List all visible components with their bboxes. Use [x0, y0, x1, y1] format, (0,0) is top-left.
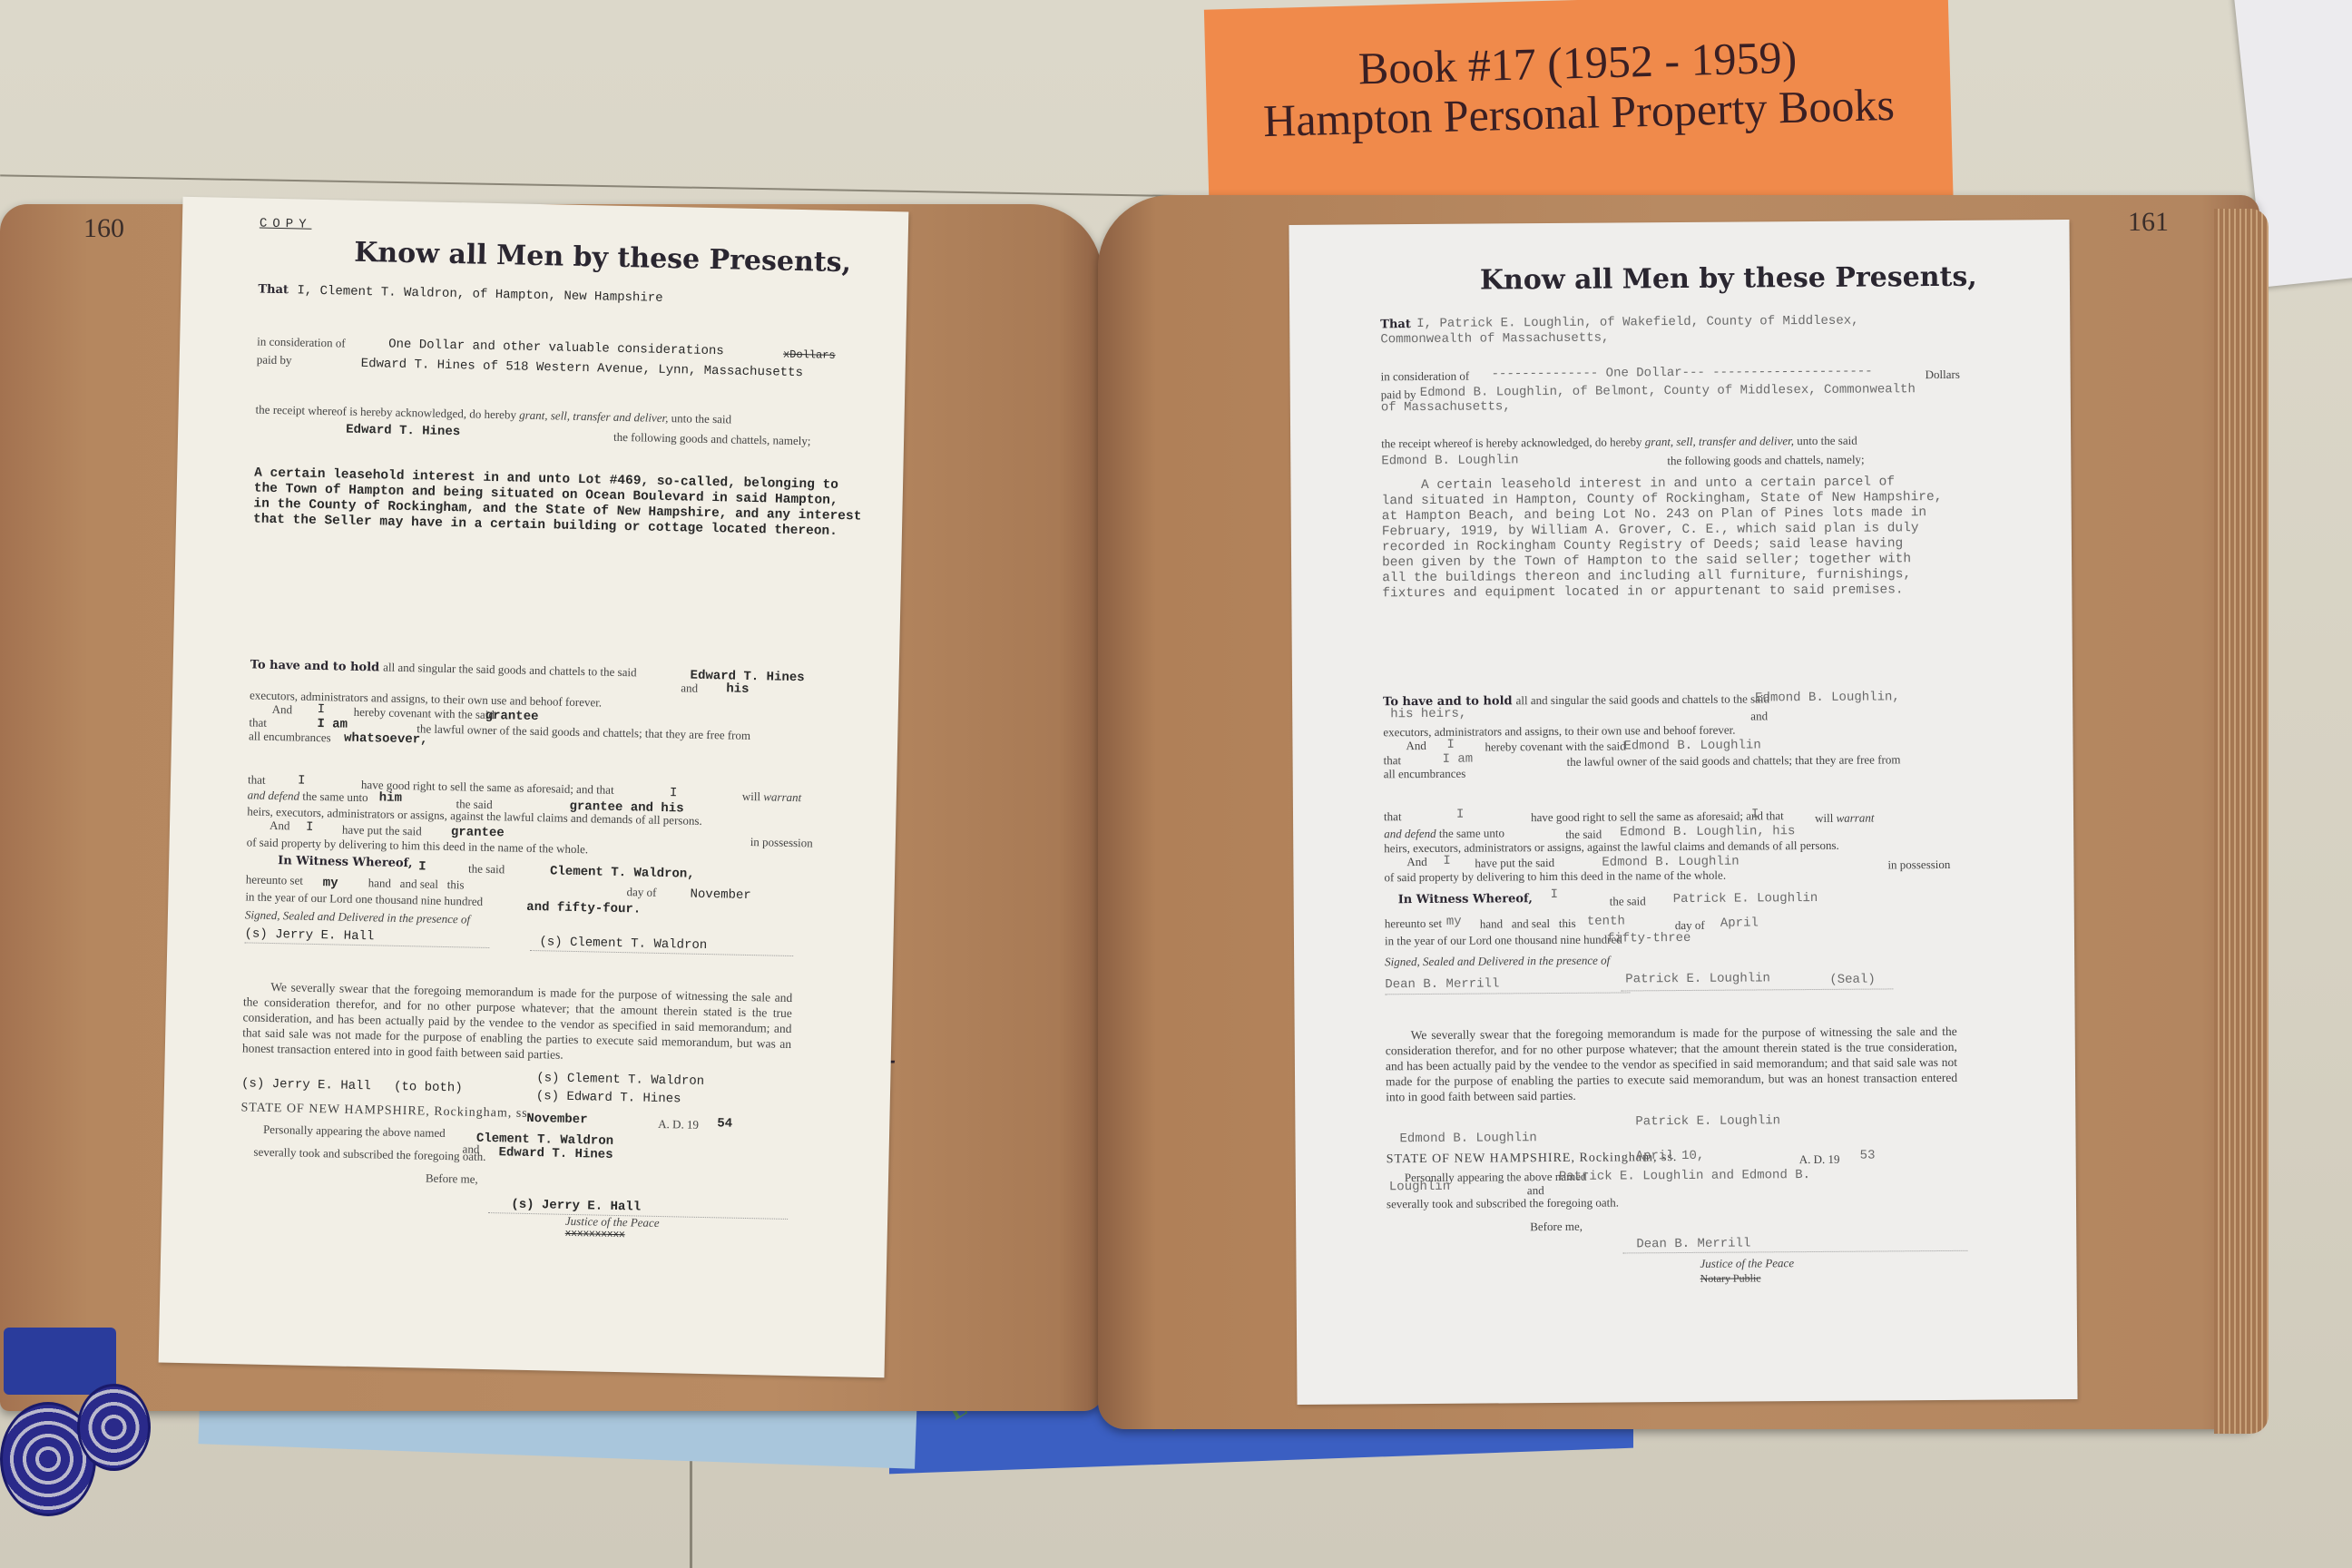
covenant-with-field: grantee — [485, 709, 538, 724]
to-have-line: To have and to hold all and singular the… — [250, 656, 637, 681]
bill-of-sale-left: COPY Know all Men by these Presents, Tha… — [159, 197, 909, 1377]
witness-name-field: Patrick E. Loughlin — [1673, 891, 1818, 906]
covenant-with-field: Edmond B. Loughlin — [1623, 738, 1760, 753]
oath-text: We severally swear that the foregoing me… — [242, 978, 793, 1067]
will-label: will — [742, 789, 761, 803]
defend-text: and defend the same unto — [248, 788, 368, 805]
put-said-field: grantee — [451, 825, 505, 840]
oath-buyer-signature: (s) Edward T. Hines — [536, 1089, 681, 1106]
year-of-lord-text: in the year of our Lord one thousand nin… — [245, 889, 483, 908]
decorative-tag-icon — [77, 1384, 151, 1471]
witness-i-field: I — [1551, 887, 1559, 902]
year-field: and fifty-four. — [526, 900, 641, 917]
in-witness-label: In Witness Whereof, — [1398, 892, 1533, 906]
consideration-label: in consideration of — [257, 335, 346, 351]
state-year-field: 54 — [717, 1116, 732, 1131]
consideration-field: One Dollar and other valuable considerat… — [388, 338, 724, 359]
severally-text: severally took and subscribed the forego… — [253, 1145, 485, 1164]
grantee-field: Edward T. Hines — [346, 423, 460, 440]
encumbrances-label: all encumbrances — [249, 729, 331, 745]
notary-struck: xxxxxxxxxx — [565, 1229, 625, 1240]
lawful-owner-text: the lawful owner of the said goods and c… — [1567, 752, 1901, 769]
appearing-name-2: Edward T. Hines — [498, 1145, 612, 1162]
set-my-field: my — [323, 876, 338, 890]
in-possession-label: in possession — [750, 835, 813, 850]
appearing-names: Patrick E. Loughlin and Edmond B. — [1559, 1168, 1810, 1184]
hold-his-field: his — [726, 681, 750, 697]
and-label: And — [269, 818, 290, 833]
signed-sealed-text: Signed, Sealed and Delivered in the pres… — [245, 907, 470, 926]
consideration-label: in consideration of — [1381, 369, 1470, 385]
witness-name-field: Clement T. Waldron, — [550, 864, 695, 881]
in-possession-label: in possession — [1887, 857, 1950, 872]
hereunto-set-label: hereunto set — [246, 872, 303, 887]
covenantor-field: I — [318, 702, 326, 717]
will-label: will — [1815, 811, 1833, 825]
signature-line — [1385, 992, 1630, 995]
year-of-lord-text: in the year of our Lord one thousand nin… — [1385, 932, 1622, 948]
defend-text: and defend the same unto — [1384, 826, 1504, 841]
that-label: that — [249, 715, 267, 730]
oath-buyer-signature: Edmond B. Loughlin — [1399, 1131, 1536, 1146]
in-witness-label: In Witness Whereof, — [278, 854, 413, 870]
hold-heirs-field: his heirs, — [1390, 707, 1466, 722]
to-have-rest: all and singular the said goods and chat… — [383, 661, 637, 680]
will-warrant: will warrant — [1815, 811, 1875, 826]
witness-signature: (s) Jerry E. Hall — [244, 926, 374, 944]
and-label: And — [272, 702, 293, 717]
receipt-text: the receipt whereof is hereby acknowledg… — [255, 402, 731, 426]
day-field: tenth — [1587, 914, 1625, 928]
seal-mark: (Seal) — [1829, 973, 1876, 987]
grantor-field: I, Clement T. Waldron, of Hampton, New H… — [297, 283, 663, 305]
that-label: That — [258, 283, 289, 298]
grantor-continued: Commonwealth of Massachusetts, — [1380, 331, 1609, 348]
covenantor-field: I — [1446, 738, 1455, 752]
before-me-label: Before me, — [426, 1171, 478, 1187]
delivering-text: of said property by delivering to him th… — [1384, 868, 1726, 886]
justice-label: Justice of the Peace — [1700, 1256, 1794, 1271]
oath-seller-signature: (s) Clement T. Waldron — [536, 1071, 704, 1089]
month-field: November — [690, 887, 751, 903]
same-unto: the same unto — [1439, 826, 1504, 840]
hold-to-field: Edmond B. Loughlin, — [1755, 690, 1900, 705]
seller-signature: Patrick E. Loughlin — [1625, 971, 1770, 986]
struck-dollars: xDollars — [783, 348, 836, 362]
payer-field: Edward T. Hines of 518 Western Avenue, L… — [361, 357, 804, 380]
that-label: That — [1380, 318, 1411, 331]
will-warrant: will warrant — [742, 789, 802, 805]
consideration-field: -------------- One Dollar--- -----------… — [1492, 365, 1873, 382]
same-unto: the same unto — [302, 789, 368, 805]
property-description: A certain leasehold interest in and unto… — [1381, 475, 1943, 602]
that-i-field: I — [1456, 808, 1465, 822]
receipt-italic: grant, sell, transfer and deliver, — [1645, 434, 1794, 448]
appearing-continued: Loughlin — [1389, 1180, 1450, 1194]
hereunto-set-label: hereunto set — [1385, 916, 1442, 931]
and-label: And — [1406, 855, 1427, 869]
encumbrances-label: all encumbrances — [1384, 767, 1466, 782]
covenant-label: hereby covenant with the said — [354, 705, 495, 722]
dollars-label: Dollars — [1926, 367, 1960, 382]
page-number-right: 161 — [2128, 207, 2169, 238]
page-number-left: 160 — [83, 213, 124, 244]
and-defend: and defend — [1384, 827, 1436, 840]
property-description: A certain leasehold interest in and unto… — [253, 465, 862, 540]
put-i-field: I — [1443, 854, 1451, 868]
warrant-label: warrant — [1836, 811, 1874, 825]
year-field: fifty-three — [1607, 931, 1691, 946]
encumbrances-field: whatsoever, — [344, 731, 428, 748]
hand-seal-label: hand and seal this — [1480, 916, 1576, 932]
covenant-label: hereby covenant with the said — [1485, 739, 1625, 754]
day-of-label: day of — [626, 885, 656, 900]
receipt-label: the receipt whereof is hereby acknowledg… — [1381, 435, 1641, 450]
unto-the-said: unto the said — [671, 411, 732, 426]
document-title: Know all Men by these Presents, — [354, 237, 851, 279]
state-date-field: April 10, — [1636, 1149, 1705, 1164]
and-label: and — [681, 681, 698, 695]
month-field: April — [1720, 916, 1759, 930]
payer-field: Edmond B. Loughlin, of Belmont, County o… — [1420, 382, 1916, 400]
state-label: STATE OF NEW HAMPSHIRE, Rockingham, ss. — [1387, 1151, 1678, 1167]
have-put-text: have put the said — [342, 823, 422, 839]
signed-sealed-text: Signed, Sealed and Delivered in the pres… — [1385, 954, 1610, 970]
and-label: And — [1406, 739, 1426, 753]
severally-text: severally took and subscribed the forego… — [1387, 1196, 1619, 1212]
bill-of-sale-right: Know all Men by these Presents, That I, … — [1289, 220, 2077, 1405]
oath-seller-signature: Patrick E. Loughlin — [1635, 1113, 1780, 1129]
notary-struck: Notary Public — [1700, 1271, 1761, 1285]
justice-signature: (s) Jerry E. Hall — [511, 1198, 641, 1215]
grantee-field: Edmond B. Loughlin — [1381, 453, 1518, 468]
copy-mark: COPY — [260, 217, 312, 232]
lawful-owner-text: the lawful owner of the said goods and c… — [416, 721, 750, 743]
receipt-italic: grant, sell, transfer and deliver, — [519, 408, 669, 425]
and-label: and — [1750, 709, 1768, 723]
ad-label: A. D. 19 — [1799, 1152, 1840, 1167]
to-have-rest: all and singular the said goods and chat… — [1516, 691, 1770, 707]
that-label: that — [248, 772, 266, 787]
state-label: STATE OF NEW HAMPSHIRE, Rockingham, ss. — [240, 1101, 532, 1122]
and-that-i-field: I — [1751, 807, 1759, 821]
state-date-field: November — [526, 1112, 588, 1127]
unto-the-said: unto the said — [1797, 434, 1857, 447]
signature-line — [1621, 988, 1893, 991]
warrant-label: warrant — [763, 789, 801, 804]
put-i-field: I — [306, 820, 314, 835]
witness-i-field: I — [418, 859, 426, 874]
good-right-text: have good right to sell the same as afor… — [1531, 808, 1784, 825]
witness-signature: Dean B. Merrill — [1385, 976, 1499, 992]
executors-text: executors, administrators and assigns, t… — [1383, 723, 1735, 740]
personally-appearing-text: Personally appearing the above named — [263, 1122, 446, 1141]
payer-continued: of Massachusetts, — [1381, 399, 1511, 415]
oath-witness-signature: (s) Jerry E. Hall (to both) — [241, 1076, 463, 1095]
paid-by-label: paid by — [257, 353, 292, 368]
that-label: that — [1384, 753, 1402, 768]
i-am-field: I am — [1443, 752, 1474, 767]
set-my-field: my — [1446, 915, 1462, 929]
oath-text: We severally swear that the foregoing me… — [1386, 1024, 1958, 1104]
document-title: Know all Men by these Presents, — [1480, 261, 1977, 297]
receipt-text: the receipt whereof is hereby acknowledg… — [1381, 434, 1857, 452]
grantor-field: I, Patrick E. Loughlin, of Wakefield, Co… — [1416, 314, 1858, 331]
following-goods-label: the following goods and chattels, namely… — [613, 430, 811, 449]
receipt-label: the receipt whereof is hereby acknowledg… — [255, 402, 516, 421]
heirs-text: heirs, executors, administrators or assi… — [1384, 838, 1839, 857]
ad-label: A. D. 19 — [658, 1117, 699, 1132]
following-goods-label: the following goods and chattels, namely… — [1667, 453, 1864, 469]
to-have-label: To have and to hold — [250, 658, 380, 674]
justice-signature: Dean B. Merrill — [1636, 1236, 1750, 1251]
hand-seal-label: hand and seal this — [368, 876, 465, 892]
state-year-field: 53 — [1860, 1149, 1876, 1163]
that-i-field: I — [298, 774, 306, 789]
and-defend: and defend — [248, 788, 300, 802]
the-said-label: the said — [468, 862, 505, 877]
and-that-i-field: I — [670, 786, 678, 800]
that-label: that — [1384, 809, 1402, 824]
page-edges — [2214, 209, 2269, 1434]
said-grantee-field: Edmond B. Loughlin, his — [1620, 824, 1795, 839]
the-said-label: the said — [1610, 894, 1646, 908]
binder-clip[interactable] — [4, 1328, 116, 1395]
unto-field: him — [379, 790, 403, 806]
before-me-label: Before me, — [1530, 1220, 1583, 1234]
